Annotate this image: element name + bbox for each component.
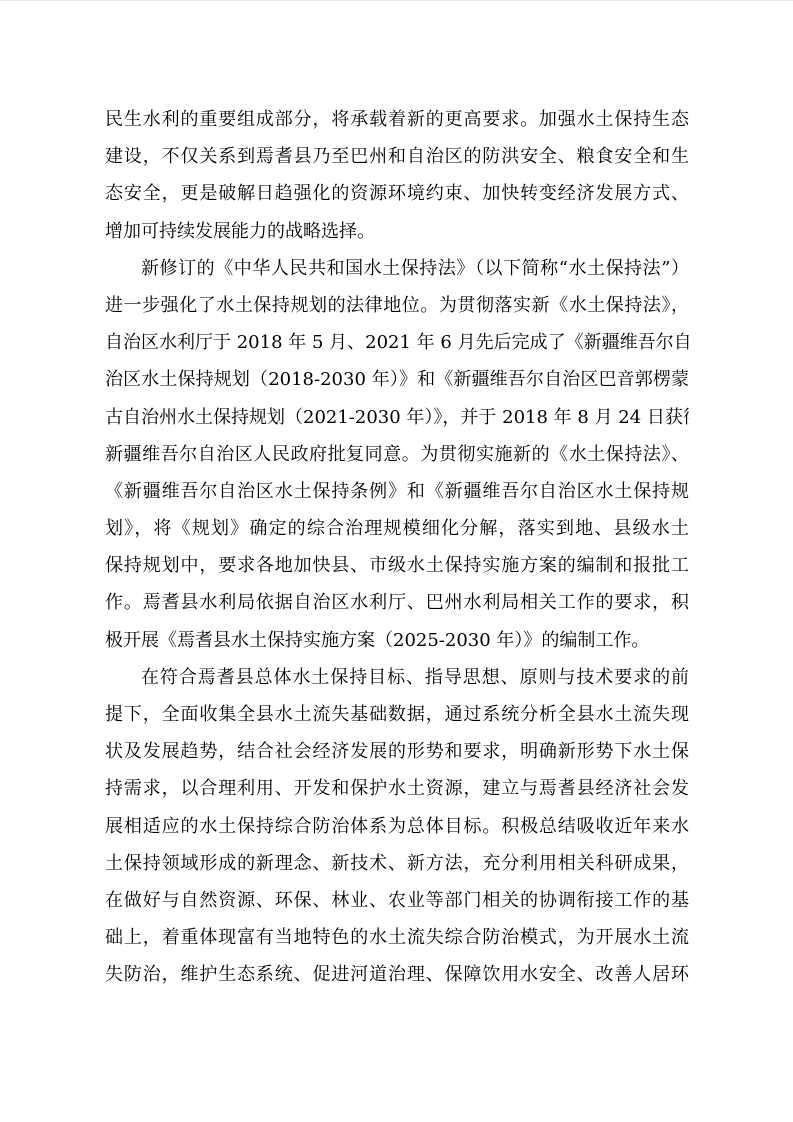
text-line: 治区水土保持规划（2018-2030 年）》和《新疆维吾尔自治区巴音郭楞蒙	[105, 361, 689, 398]
text-line: 础上，着重体现富有当地特色的水土流失综合防治模式，为开展水土流	[105, 919, 689, 956]
document-page: 民生水利的重要组成部分，将承载着新的更高要求。加强水土保持生态建设，不仅关系到焉…	[0, 0, 793, 1122]
text-line: 失防治，维护生态系统、促进河道治理、保障饮用水安全、改善人居环	[105, 956, 689, 993]
text-line: 民生水利的重要组成部分，将承载着新的更高要求。加强水土保持生态	[105, 101, 689, 138]
text-line: 新修订的《中华人民共和国水土保持法》（以下简称“水土保持法”）	[105, 250, 689, 287]
text-line: 新疆维吾尔自治区人民政府批复同意。为贯彻实施新的《水土保持法》、	[105, 436, 689, 473]
document-text-block: 民生水利的重要组成部分，将承载着新的更高要求。加强水土保持生态建设，不仅关系到焉…	[105, 101, 689, 994]
text-line: 保持规划中，要求各地加快县、市级水土保持实施方案的编制和报批工	[105, 547, 689, 584]
text-line: 增加可持续发展能力的战略选择。	[105, 213, 689, 250]
text-line: 极开展《焉耆县水土保持实施方案（2025-2030 年）》的编制工作。	[105, 622, 689, 659]
text-line: 自治区水利厅于 2018 年 5 月、2021 年 6 月先后完成了《新疆维吾尔…	[105, 324, 689, 361]
text-line: 展相适应的水土保持综合防治体系为总体目标。积极总结吸收近年来水	[105, 808, 689, 845]
text-line: 持需求，以合理利用、开发和保护水土资源，建立与焉耆县经济社会发	[105, 770, 689, 807]
paragraph-1: 民生水利的重要组成部分，将承载着新的更高要求。加强水土保持生态建设，不仅关系到焉…	[105, 101, 689, 250]
text-line: 划》，将《规划》确定的综合治理规模细化分解，落实到地、县级水土	[105, 510, 689, 547]
text-line: 状及发展趋势，结合社会经济发展的形势和要求，明确新形势下水土保	[105, 733, 689, 770]
text-line: 在做好与自然资源、环保、林业、农业等部门相关的协调衔接工作的基	[105, 882, 689, 919]
text-line: 土保持领域形成的新理念、新技术、新方法，充分利用相关科研成果，	[105, 845, 689, 882]
text-line: 态安全，更是破解日趋强化的资源环境约束、加快转变经济发展方式、	[105, 175, 689, 212]
text-line: 《新疆维吾尔自治区水土保持条例》和《新疆维吾尔自治区水土保持规	[105, 473, 689, 510]
paragraph-3: 在符合焉耆县总体水土保持目标、指导思想、原则与技术要求的前提下，全面收集全县水土…	[105, 659, 689, 994]
text-line: 作。焉耆县水利局依据自治区水利厅、巴州水利局相关工作的要求，积	[105, 584, 689, 621]
text-line: 提下，全面收集全县水土流失基础数据，通过系统分析全县水土流失现	[105, 696, 689, 733]
text-line: 建设，不仅关系到焉耆县乃至巴州和自治区的防洪安全、粮食安全和生	[105, 138, 689, 175]
text-line: 在符合焉耆县总体水土保持目标、指导思想、原则与技术要求的前	[105, 659, 689, 696]
text-line: 古自治州水土保持规划（2021-2030 年）》，并于 2018 年 8 月 2…	[105, 399, 689, 436]
text-line: 进一步强化了水土保持规划的法律地位。为贯彻落实新《水土保持法》，	[105, 287, 689, 324]
paragraph-2: 新修订的《中华人民共和国水土保持法》（以下简称“水土保持法”）进一步强化了水土保…	[105, 250, 689, 659]
